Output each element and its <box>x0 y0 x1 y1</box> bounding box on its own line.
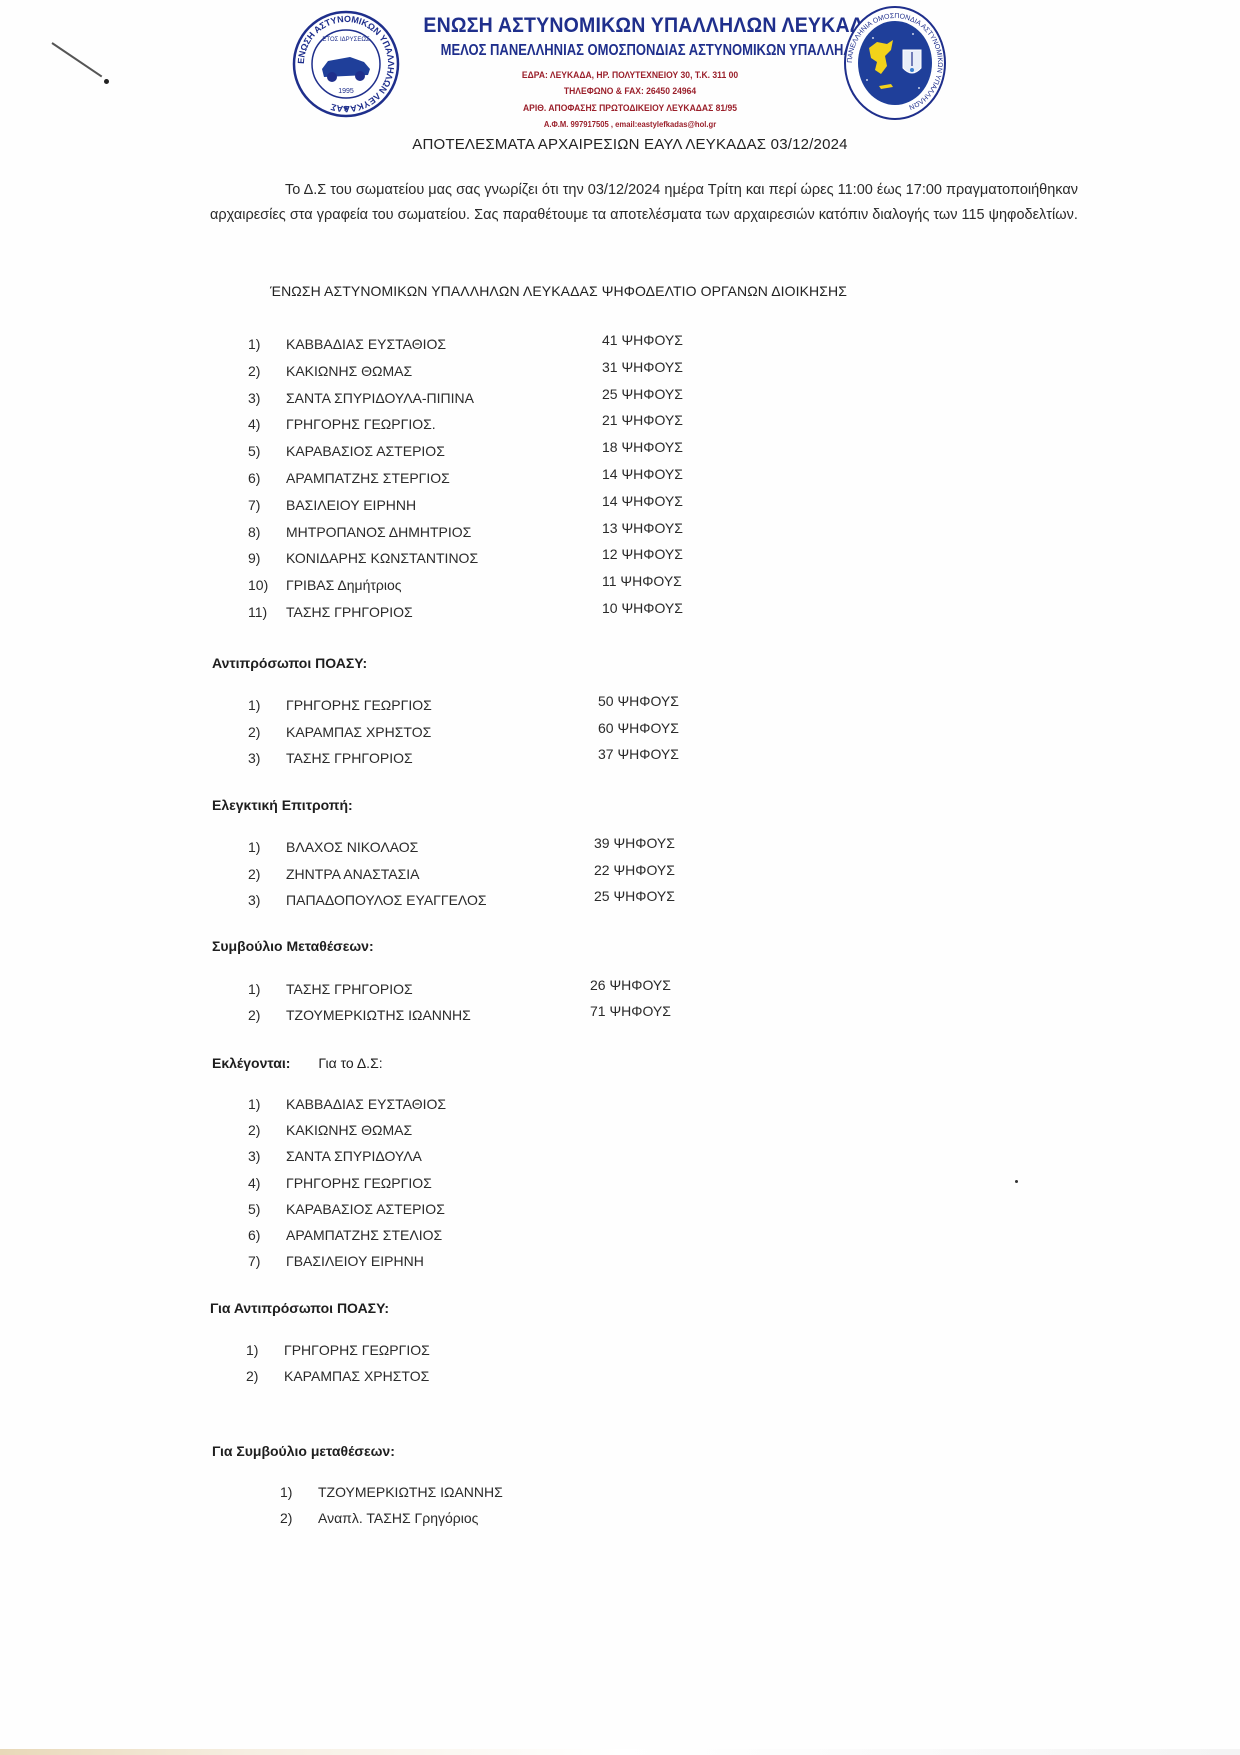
candidate-name: ΚΑΡΑΒΑΣΙΟΣ ΑΣΤΕΡΙΟΣ <box>286 1201 445 1217</box>
vote-count: 39 ΨΗΦΟΥΣ <box>594 835 675 851</box>
letterhead-phone: ΤΗΛΕΦΩΝΟ & FAX: 26450 24964 <box>450 86 810 97</box>
row-number: 6) <box>248 1227 260 1243</box>
row-number: 9) <box>248 550 260 566</box>
candidate-name: ΚΑΚΙΩΝΗΣ ΘΩΜΑΣ <box>286 1122 412 1138</box>
candidate-name: ΚΑΒΒΑΔΙΑΣ ΕΥΣΤΑΘΙΟΣ <box>286 336 446 352</box>
letterhead-title: ΕΝΩΣΗ ΑΣΤΥΝΟΜΙΚΩΝ ΥΠΑΛΛΗΛΩΝ ΛΕΥΚΑΔΑΣ <box>423 14 832 38</box>
vote-count: 13 ΨΗΦΟΥΣ <box>602 520 683 536</box>
document-title: ΑΠΟΤΕΛΕΣΜΑΤΑ ΑΡΧΑΙΡΕΣΙΩΝ ΕΑΥΛ ΛΕΥΚΑΔΑΣ 0… <box>200 136 1060 153</box>
row-number: 1) <box>248 981 260 997</box>
candidate-name: ΓΡΗΓΟΡΗΣ ΓΕΩΡΓΙΟΣ. <box>286 416 436 432</box>
candidate-name: ΓΡΗΓΟΡΗΣ ΓΕΩΡΓΙΟΣ <box>284 1342 430 1358</box>
row-number: 3) <box>248 750 260 766</box>
vote-count: 71 ΨΗΦΟΥΣ <box>590 1003 671 1019</box>
candidate-name: ΒΑΣΙΛΕΙΟΥ ΕΙΡΗΝΗ <box>286 497 416 513</box>
candidate-name: ΚΑΡΑΒΑΣΙΟΣ ΑΣΤΕΡΙΟΣ <box>286 443 445 459</box>
elected-transfer-heading: Για Συμβούλιο μεταθέσεων: <box>212 1443 395 1459</box>
candidate-name: ΚΑΚΙΩΝΗΣ ΘΩΜΑΣ <box>286 363 412 379</box>
vote-count: 12 ΨΗΦΟΥΣ <box>602 546 683 562</box>
vote-count: 50 ΨΗΦΟΥΣ <box>598 693 679 709</box>
vote-count: 25 ΨΗΦΟΥΣ <box>594 888 675 904</box>
row-number: 4) <box>248 416 260 432</box>
candidate-name: ΤΖΟΥΜΕΡΚΙΩΤΗΣ ΙΩΑΝΝΗΣ <box>318 1484 503 1500</box>
vote-count: 14 ΨΗΦΟΥΣ <box>602 466 683 482</box>
seal-center-top: ΕΤΟΣ ΙΔΡΥΣΕΩΣ <box>322 37 369 43</box>
row-number: 2) <box>248 866 260 882</box>
elected-heading: Εκλέγονται:Για το Δ.Σ: <box>212 1055 383 1071</box>
candidate-name: ΚΟΝΙΔΑΡΗΣ ΚΩΝΣΤΑΝΤΙΝΟΣ <box>286 550 478 566</box>
candidate-name: ΚΑΒΒΑΔΙΑΣ ΕΥΣΤΑΘΙΟΣ <box>286 1096 446 1112</box>
candidate-name: ΣΑΝΤΑ ΣΠΥΡΙΔΟΥΛΑ <box>286 1148 422 1164</box>
candidate-name: ΓΒΑΣΙΛΕΙΟΥ ΕΙΡΗΝΗ <box>286 1253 424 1269</box>
row-number: 8) <box>248 524 260 540</box>
candidate-name: ΒΛΑΧΟΣ ΝΙΚΟΛΑΟΣ <box>286 839 418 855</box>
vote-count: 60 ΨΗΦΟΥΣ <box>598 720 679 736</box>
candidate-name: ΚΑΡΑΜΠΑΣ ΧΡΗΣΤΟΣ <box>284 1368 429 1384</box>
svg-text:★: ★ <box>342 104 349 113</box>
candidate-name: ΓΡΗΓΟΡΗΣ ΓΕΩΡΓΙΟΣ <box>286 697 432 713</box>
row-number: 5) <box>248 443 260 459</box>
seal-year: 1995 <box>338 88 354 95</box>
vote-count: 22 ΨΗΦΟΥΣ <box>594 862 675 878</box>
candidate-name: ΤΑΣΗΣ ΓΡΗΓΟΡΙΟΣ <box>286 981 413 997</box>
row-number: 2) <box>248 1007 260 1023</box>
candidate-name: Αναπλ. ΤΑΣΗΣ Γρηγόριος <box>318 1510 478 1526</box>
candidate-name: ΤΑΣΗΣ ΓΡΗΓΟΡΙΟΣ <box>286 750 413 766</box>
row-number: 10) <box>248 577 268 593</box>
row-number: 5) <box>248 1201 260 1217</box>
candidate-name: ΤΑΣΗΣ ΓΡΗΓΟΡΙΟΣ <box>286 604 413 620</box>
row-number: 1) <box>246 1342 258 1358</box>
pen-stroke-mark <box>51 42 102 77</box>
row-number: 4) <box>248 1175 260 1191</box>
letterhead-subtitle: ΜΕΛΟΣ ΠΑΝΕΛΛΗΝΙΑΣ ΟΜΟΣΠΟΝΔΙΑΣ ΑΣΤΥΝΟΜΙΚΩ… <box>441 42 815 60</box>
row-number: 1) <box>248 1096 260 1112</box>
row-number: 3) <box>248 390 260 406</box>
candidate-name: ΑΡΑΜΠΑΤΖΗΣ ΣΤΕΡΓΙΟΣ <box>286 470 450 486</box>
candidate-name: ΚΑΡΑΜΠΑΣ ΧΡΗΣΤΟΣ <box>286 724 431 740</box>
candidate-name: ΜΗΤΡΟΠΑΝΟΣ ΔΗΜΗΤΡΙΟΣ <box>286 524 471 540</box>
vote-count: 14 ΨΗΦΟΥΣ <box>602 493 683 509</box>
candidate-name: ΓΡΗΓΟΡΗΣ ΓΕΩΡΓΙΟΣ <box>286 1175 432 1191</box>
elected-poasy-heading: Για Αντιπρόσωποι ΠΟΑΣΥ: <box>210 1300 389 1316</box>
elected-label: Εκλέγονται: <box>212 1055 290 1071</box>
candidate-name: ΠΑΠΑΔΟΠΟΥΛΟΣ ΕΥΑΓΓΕΛΟΣ <box>286 892 487 908</box>
row-number: 3) <box>248 1148 260 1164</box>
pen-dot-mark <box>104 79 109 84</box>
vote-count: 21 ΨΗΦΟΥΣ <box>602 412 683 428</box>
row-number: 1) <box>248 697 260 713</box>
vote-count: 26 ΨΗΦΟΥΣ <box>590 977 671 993</box>
audit-committee-heading: Ελεγκτική Επιτροπή: <box>212 797 353 813</box>
row-number: 2) <box>248 363 260 379</box>
row-number: 2) <box>246 1368 258 1384</box>
row-number: 2) <box>248 724 260 740</box>
row-number: 6) <box>248 470 260 486</box>
transfer-council-heading: Συμβούλιο Μεταθέσεων: <box>212 938 374 954</box>
vote-count: 11 ΨΗΦΟΥΣ <box>602 573 682 589</box>
letterhead-address: ΕΔΡΑ: ΛΕΥΚΑΔΑ, ΗΡ. ΠΟΛΥΤΕΧΝΕΙΟΥ 30, Τ.Κ.… <box>450 70 810 81</box>
ballot-title: ΈΝΩΣΗ ΑΣΤΥΝΟΜΙΚΩΝ ΥΠΑΛΛΗΛΩΝ ΛΕΥΚΑΔΑΣ ΨΗΦ… <box>270 283 990 299</box>
letterhead-tax-email: Α.Φ.Μ. 997917505 , email:eastylefkadas@h… <box>450 119 810 129</box>
vote-count: 25 ΨΗΦΟΥΣ <box>602 386 683 402</box>
document-page: ΕΝΩΣΗ ΑΣΤΥΝΟΜΙΚΩΝ ΥΠΑΛΛΗΛΩΝ ΛΕΥΚΑΔΑΣ ΕΤΟ… <box>0 0 1240 1755</box>
scan-edge <box>0 1749 1240 1755</box>
row-number: 2) <box>280 1510 292 1526</box>
vote-count: 41 ΨΗΦΟΥΣ <box>602 332 683 348</box>
federation-seal-logo-icon: ΠΑΝΕΛΛΗΝΙΑ ΟΜΟΣΠΟΝΔΙΑ ΑΣΤΥΝΟΜΙΚΩΝ ΥΠΑΛΛΗ… <box>843 4 947 122</box>
intro-paragraph: Το Δ.Σ του σωματείου μας σας γνωρίζει ότ… <box>210 178 1078 228</box>
vote-count: 18 ΨΗΦΟΥΣ <box>602 439 683 455</box>
row-number: 2) <box>248 1122 260 1138</box>
row-number: 11) <box>248 604 267 620</box>
vote-count: 31 ΨΗΦΟΥΣ <box>602 359 683 375</box>
vote-count: 37 ΨΗΦΟΥΣ <box>598 746 679 762</box>
candidate-name: ΖΗΝΤΡΑ ΑΝΑΣΤΑΣΙΑ <box>286 866 419 882</box>
elected-board-label: Για το Δ.Σ: <box>318 1055 382 1071</box>
row-number: 1) <box>248 336 260 352</box>
candidate-name: ΤΖΟΥΜΕΡΚΙΩΤΗΣ ΙΩΑΝΝΗΣ <box>286 1007 471 1023</box>
row-number: 3) <box>248 892 260 908</box>
candidate-name: ΓΡΙΒΑΣ Δημήτριος <box>286 577 402 593</box>
letterhead-court-decision: ΑΡΙΘ. ΑΠΟΦΑΣΗΣ ΠΡΩΤΟΔΙΚΕΙΟΥ ΛΕΥΚΑΔΑΣ 81/… <box>450 103 810 114</box>
row-number: 7) <box>248 1253 260 1269</box>
vote-count: 10 ΨΗΦΟΥΣ <box>602 600 683 616</box>
candidate-name: ΣΑΝΤΑ ΣΠΥΡΙΔΟΥΛΑ-ΠΙΠΙΝΑ <box>286 390 474 406</box>
scan-speck <box>1015 1180 1018 1183</box>
poasy-reps-heading: Αντιπρόσωποι ΠΟΑΣΥ: <box>212 655 367 671</box>
row-number: 1) <box>280 1484 292 1500</box>
candidate-name: ΑΡΑΜΠΑΤΖΗΣ ΣΤΕΛΙΟΣ <box>286 1227 442 1243</box>
union-seal-logo-icon: ΕΝΩΣΗ ΑΣΤΥΝΟΜΙΚΩΝ ΥΠΑΛΛΗΛΩΝ ΛΕΥΚΑΔΑΣ ΕΤΟ… <box>292 7 400 121</box>
row-number: 7) <box>248 497 260 513</box>
row-number: 1) <box>248 839 260 855</box>
